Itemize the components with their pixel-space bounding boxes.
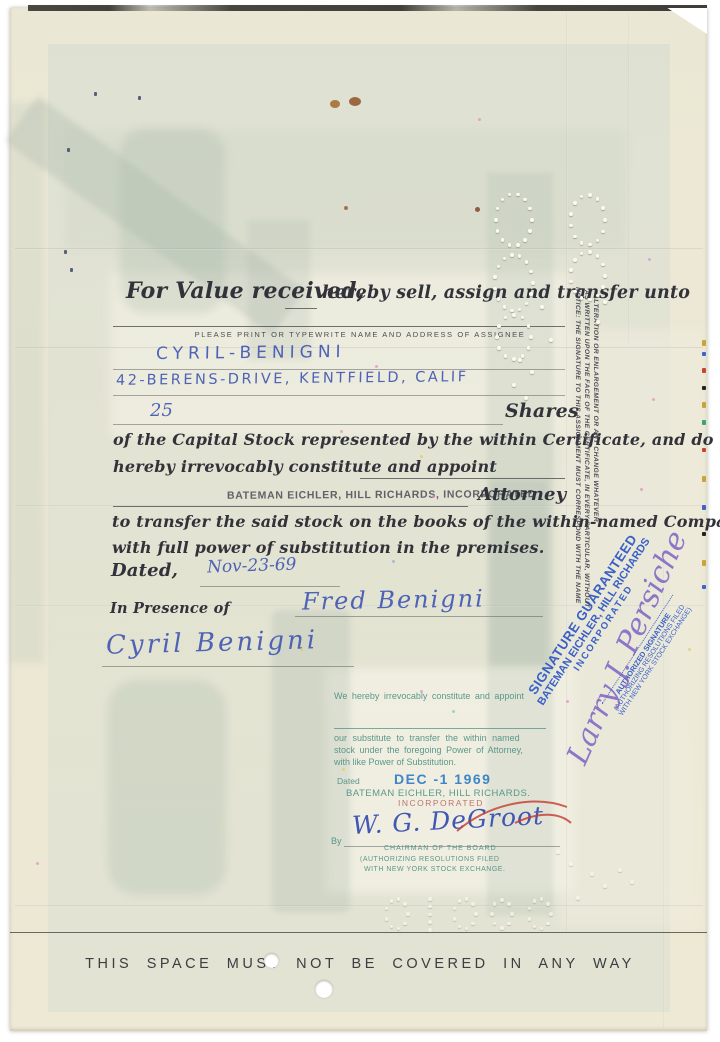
attorney-label: Attorney [478,484,566,505]
perforation-dot [618,868,622,872]
by-label: By [331,836,342,846]
perforation-dot [596,254,600,258]
scan-edge-artifact [702,505,706,510]
paper-speckle [432,495,435,498]
scan-edge-artifact [702,585,706,589]
perforation-dot [458,899,462,903]
perforation-dot [601,285,605,289]
perforation-dot [531,281,535,285]
substitution-dated-label: Dated [337,776,360,786]
perforation-dot [603,884,607,888]
by-signature-line [344,820,560,847]
perforation-dot [569,862,573,866]
punch-hole [264,953,279,968]
paper-speckle [478,118,481,121]
form-line [113,300,565,327]
perforation-dot [549,912,553,916]
dated-label: Dated, [111,560,178,581]
footer-rule [10,906,707,933]
perforation-dot [385,917,389,921]
perforation-dot [507,922,511,926]
perforation-dot [588,193,592,197]
notice-vertical-line-2: AS WRITTEN UPON THE FACE OF THE CERTIFIC… [583,290,590,608]
perforation-dot [540,305,544,309]
scanned-certificate-back: For Value received, hereby sell, assign … [0,0,720,1042]
perforation-dot [500,926,504,930]
perforation-dot [474,912,478,916]
perforation-dot [497,324,501,328]
perforation-dot [556,850,560,854]
body-script-1: of the Capital Stock represented by the … [113,430,714,449]
paper-speckle [340,430,343,433]
perforation-dot [596,320,600,324]
perforation-dot [494,218,498,222]
perforation-dot [529,270,533,274]
perforation-dot [603,300,607,304]
perforation-dot [500,898,504,902]
scan-edge-artifact [702,340,706,346]
crease [15,248,703,250]
substitution-line-4: with like Power of Substitution. [334,757,456,767]
paper-speckle [640,488,643,491]
perforation-dot [528,207,532,211]
notice-vertical-line-3: ALTERATION OR ENLARGEMENT OR ANY CHANGE … [592,294,599,524]
rust-stain [344,206,348,210]
signature-line [295,590,543,617]
perforation-dot [510,253,514,257]
paper-speckle [392,560,395,563]
perforation-dot [523,238,527,242]
perforation-dot [546,902,550,906]
perforation-dot [528,917,532,921]
perforation-dot [428,913,432,917]
rust-stain [330,100,340,108]
scan-edge-artifact [702,476,706,482]
perforation-dot [525,260,529,264]
perforation-dot [512,383,516,387]
perforation-dot [573,201,577,205]
scan-edge-artifact [702,532,706,536]
form-line [200,560,340,587]
perforation-dot [495,335,499,339]
perforation-dot [453,917,457,921]
perforation-dot [529,292,533,296]
paper-speckle [36,862,39,865]
perforation-dot [529,335,533,339]
perforation-dot [428,928,432,932]
scan-top-edge [28,5,707,11]
paper-speckle [420,455,423,458]
perforation-dot [630,880,634,884]
perforation-dot [516,193,520,197]
perforation-dot [497,265,501,269]
perforation-dot [516,243,520,247]
ghost-medallion-bottom [108,680,226,895]
perforation-dot [403,922,407,926]
auth-resolution-line-1: (AUTHORIZING RESOLUTIONS FILED [360,856,499,863]
paper-speckle [688,648,691,651]
perforation-dot [546,922,550,926]
perforation-dot [524,396,528,400]
ghost-band-dark-segment [490,480,548,665]
perforation-dot [521,354,525,358]
perforation-dot [530,370,534,374]
perforation-dot [504,354,508,358]
scan-edge-artifact [702,402,706,408]
shares-label: Shares [505,400,579,422]
ink-fleck [94,92,97,96]
perforation-dot [501,238,505,242]
perforation-dot [530,218,534,222]
substitution-line-3: stock under the foregoing Power of Attor… [334,745,523,755]
perforation-dot [601,206,605,210]
form-line [113,369,565,396]
perforation-dot [569,268,573,272]
paper-speckle [300,648,303,651]
perforation-dot [428,905,432,909]
perforation-dot [490,912,494,916]
perforation-dot [497,346,501,350]
perforation-dot [512,357,516,361]
form-line [360,452,565,479]
substitution-line-2: our substitute to transfer the within na… [334,733,520,743]
perforation-dot [507,902,511,906]
scan-edge-artifact [702,420,706,425]
signer-title: CHAIRMAN OF THE BOARD [384,845,497,852]
perforation-dot [573,258,577,262]
auth-resolution-line-2: WITH NEW YORK STOCK EXCHANGE. [364,866,505,873]
footer-warning: THIS SPACE MUST NOT BE COVERED IN ANY WA… [0,956,720,972]
perforation-dot [590,872,594,876]
paper-speckle [420,690,423,693]
signature-line [102,640,354,667]
scan-edge-artifact [702,368,706,373]
perforation-dot [503,305,507,309]
scan-edge-artifact [702,448,706,452]
paper-speckle [452,710,455,713]
punch-hole [315,980,333,998]
perforation-dot [512,313,516,317]
perforation-dot [588,243,592,247]
perforation-dot [496,229,500,233]
perforation-dot [576,896,580,900]
perforation-dot [596,197,600,201]
perforation-dot [603,274,607,278]
paper-speckle [652,398,655,401]
paper-speckle [375,365,378,368]
body-script-4: with full power of substitution in the p… [112,538,545,557]
rust-stain [349,97,361,106]
scan-edge-artifact [702,352,706,356]
perforation-dot [390,899,394,903]
ink-fleck [64,250,67,254]
ink-fleck [138,96,141,100]
perforation-dot [510,912,514,916]
perforation-dot [603,218,607,222]
scan-edge-artifact [702,560,706,566]
perforation-dot [533,899,537,903]
perforation-dot [518,358,522,362]
form-line [113,480,468,507]
ink-fleck [67,148,70,152]
substitution-divider [334,722,546,729]
scan-edge-artifact [702,386,706,390]
perforation-dot [428,920,432,924]
perforation-dot [471,922,475,926]
notice-vertical-line-1: NOTICE: THE SIGNATURE TO THIS ASSIGNMENT… [574,287,581,604]
perforation-dot [493,275,497,279]
rust-stain [475,207,480,212]
perforation-dot [471,902,475,906]
paper-speckle [566,700,569,703]
perforation-dot [588,298,592,302]
substitution-line-1: We hereby irrevocably constitute and app… [334,691,524,701]
substitution-date-stamp: DEC -1 1969 [394,771,491,787]
perforation-dot [601,230,605,234]
ghost-left-border [10,103,44,663]
paper-speckle [648,258,651,261]
perforation-dot [523,198,527,202]
perforation-dot [406,912,410,916]
assignee-instruction: PLEASE PRINT OR TYPEWRITE NAME AND ADDRE… [148,330,572,339]
form-line [113,398,503,425]
perforation-dot [588,250,592,254]
perforation-dot [428,897,432,901]
perforation-dot [510,309,514,313]
perforation-dot [527,324,531,328]
perforation-dot [601,263,605,267]
perforation-dot [403,902,407,906]
paper-speckle [342,768,345,771]
witness-label: In Presence of [110,600,230,617]
perforation-dot [528,229,532,233]
perforation-dot [497,297,501,301]
ghost-top-engraving [65,130,625,250]
perforation-dot [569,212,573,216]
perforation-dot [549,338,553,342]
ink-fleck [70,268,73,272]
perforation-dot [527,346,531,350]
perforation-dot [573,235,577,239]
